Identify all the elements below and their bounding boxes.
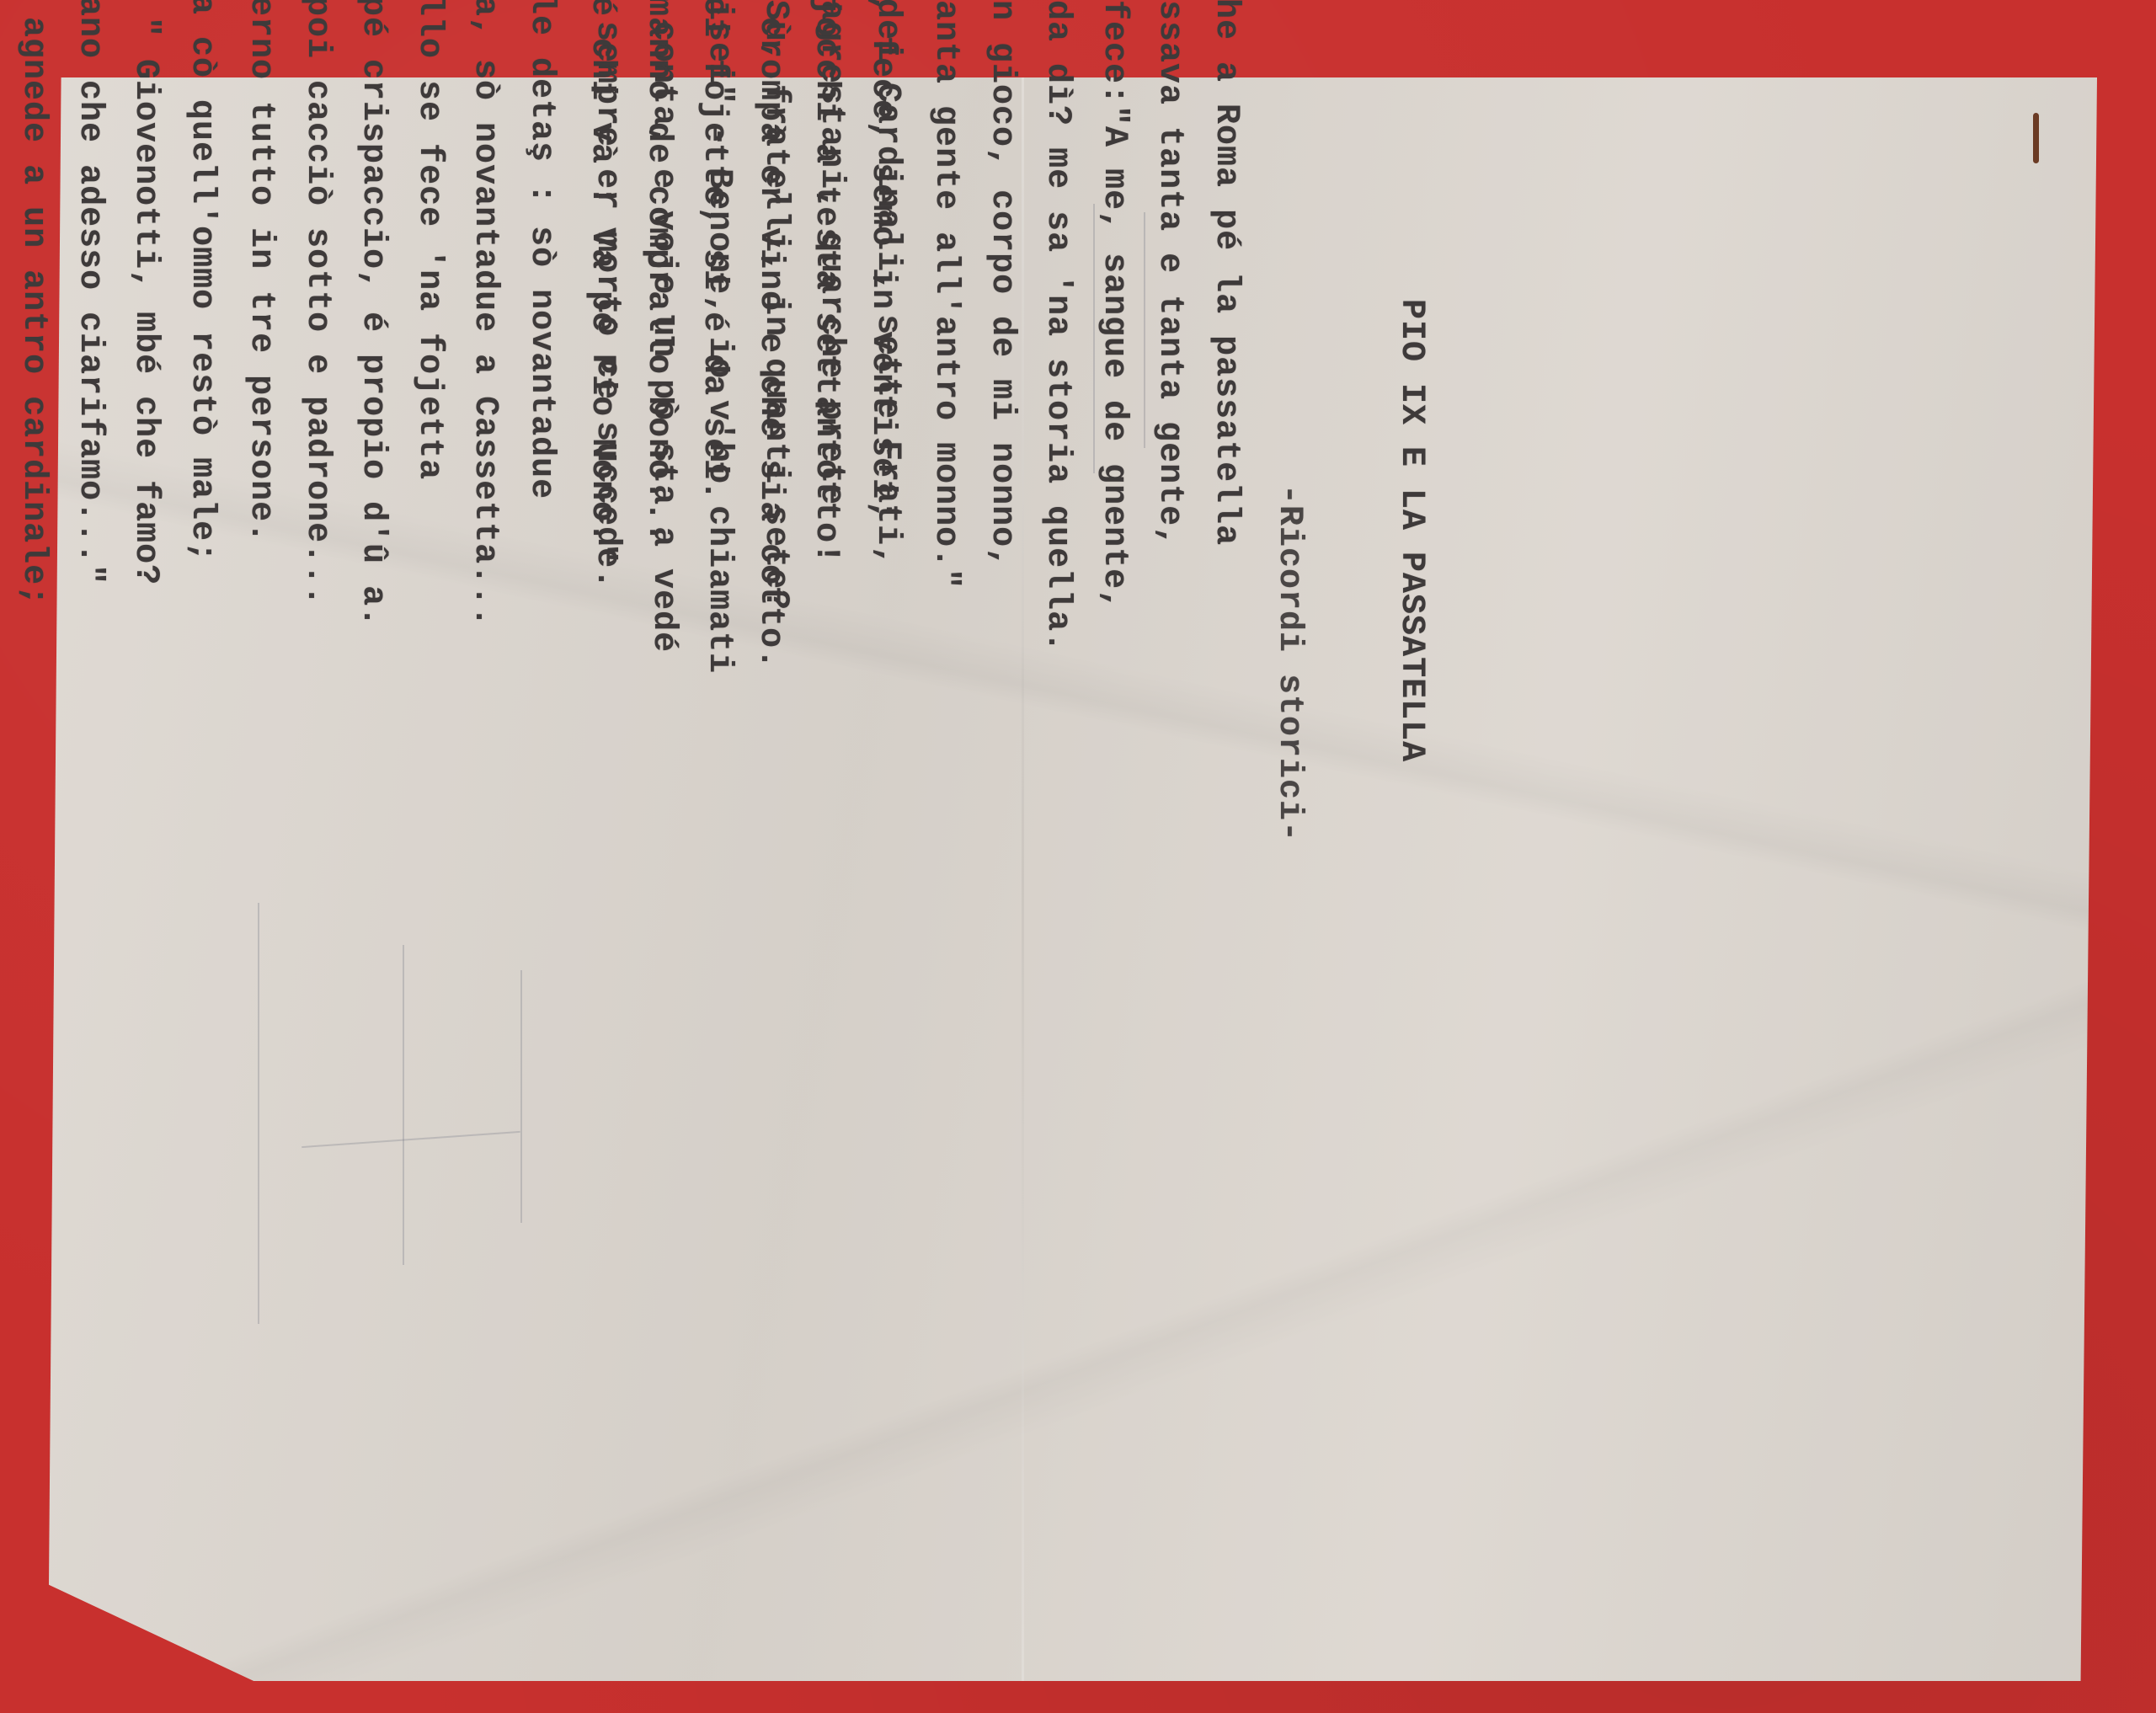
poem-line: E doppo poi cacciò sotto e padrone... <box>289 0 345 627</box>
poem-line: annamo pé chi và : Va pé Pio Nono." <box>574 0 630 670</box>
poem-line: p'er Papa, sò novantadue a Cassetta... <box>456 0 513 627</box>
poem-line: Che per un gioco, corpo de mi nonno, <box>974 0 1030 653</box>
poem-line: dicenno pé crispaccio, é propio d'û a. <box>344 0 401 627</box>
poem-line: Sò tredici fojette, si é da sei. <box>686 0 742 670</box>
poem-line: e fece:- " Giovenotti, mbé che famo? <box>117 0 173 606</box>
poem-line: Cusì quello se fece 'na fojetta <box>401 0 457 627</box>
poem-line: che t'ho da dì? me sa 'na storia quella. <box>1029 0 1086 653</box>
stanza-1: Visto che a Roma pé la passatella ce s'a… <box>917 0 1253 653</box>
poem-line: ce s'ammassava tanta e tanta gente, <box>1141 0 1198 653</box>
poem-line: La conta agnede a un antro cardinale; <box>5 0 61 606</box>
stanza-5: Er Papa cò quell'ommo restò male; e fece… <box>5 0 229 606</box>
stanza-3: Annamo, fece, semo in ventisei; a tre ba… <box>574 0 910 670</box>
poem-line: Già le mano che adesso ciarifamo..." <box>61 0 118 606</box>
poem-line: e se beverno tutto in tre persone. <box>232 0 289 627</box>
typed-poem-continued: Annamo, fece, semo in ventisei; a tre ba… <box>101 0 943 1545</box>
rotated-text-block-continued: Annamo, fece, semo in ventisei; a tre ba… <box>101 0 943 1545</box>
poem-line: Ferme le detaş : sò novantadue <box>513 0 569 627</box>
poem-line: Visto che a Roma pé la passatella <box>1198 0 1254 653</box>
poem-subtitle: -Ricordi storici- <box>1270 0 1308 842</box>
stanza-4: Ferme le detaş : sò novantadue p'er Papa… <box>232 0 568 627</box>
poem-title: PIO IX E LA PASSATELLA <box>1392 0 1430 762</box>
poem-line: Annamo, fece, semo in ventisei; <box>854 0 910 670</box>
poem-line: annate a crompà er vino e che sia cotto. <box>742 0 798 670</box>
poem-line: Er Papa cò quell'ommo restò male; <box>173 0 230 606</box>
poem-line: a tre bajocchi a testa settantotto! <box>798 0 854 670</box>
poem-line: M'ariccomanno de comprallo bono... <box>630 0 686 670</box>
poem-line: Pio nono fece:"A me, sangue de gnente, <box>1086 0 1142 653</box>
page-number-mark <box>2033 113 2039 163</box>
